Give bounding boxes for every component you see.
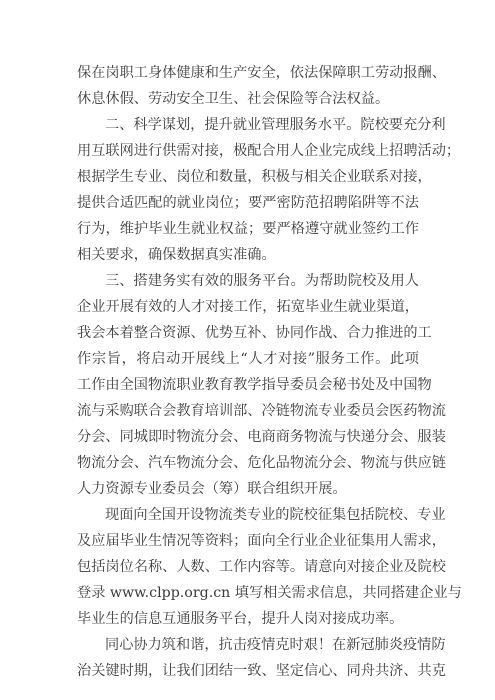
text-line: 分会、同城即时物流分会、电商商务物流与快递分会、服装 [77,424,419,450]
document-body: 保在岗职工身体健康和生产安全，依法保障职工劳动报酬、休息休假、劳动安全卫生、社会… [77,60,419,684]
text-line: 休息休假、劳动安全卫生、社会保险等合法权益。 [77,86,419,112]
text-line: 根据学生专业、岗位和数量，积极与相关企业联系对接， [77,164,419,190]
text-line: 流与采购联合会教育培训部、冷链物流专业委员会医药物流 [77,398,419,424]
text-line: 行为，维护毕业生就业权益；要严格遵守就业签约工作 [77,216,419,242]
text-line: 用互联网进行供需对接，极配合用人企业完成线上招聘活动； [77,138,419,164]
text-line: 包括岗位名称、人数、工作内容等。请意向对接企业及院校 [77,554,419,580]
text-line: 及应届毕业生情况等资料；面向全行业企业征集用人需求， [77,528,419,554]
text-line: 治关键时期，让我们团结一致、坚定信心、同舟共济、共克 [77,658,419,684]
text-line: 企业开展有效的人才对接工作，拓宽毕业生就业渠道， [77,294,419,320]
text-line: 人力资源专业委员会（筹）联合组织开展。 [77,476,419,502]
text-line: 相关要求，确保数据真实准确。 [77,242,419,268]
text-line: 三、搭建务实有效的服务平台。为帮助院校及用人 [77,268,419,294]
text-line: 毕业生的信息互通服务平台，提升人岗对接成功率。 [77,606,419,632]
text-line: 工作由全国物流职业教育教学指导委员会秘书处及中国物 [77,372,419,398]
text-line: 作宗旨，将启动开展线上“人才对接”服务工作。此项 [77,346,419,372]
text-line: 保在岗职工身体健康和生产安全，依法保障职工劳动报酬、 [77,60,419,86]
text-line: 物流分会、汽车物流分会、危化品物流分会、物流与供应链 [77,450,419,476]
text-line: 二、科学谋划，提升就业管理服务水平。院校要充分利 [77,112,419,138]
text-line: 登录 www.clpp.org.cn 填写相关需求信息，共同搭建企业与 [77,580,419,606]
text-line: 现面向全国开设物流类专业的院校征集包括院校、专业 [77,502,419,528]
text-line: 我会本着整合资源、优势互补、协同作战、合力推进的工 [77,320,419,346]
text-line: 提供合适匹配的就业岗位；要严密防范招聘陷阱等不法 [77,190,419,216]
text-line: 同心协力筑和谐，抗击疫情克时艰！在新冠肺炎疫情防 [77,632,419,658]
document-page: 保在岗职工身体健康和生产安全，依法保障职工劳动报酬、休息休假、劳动安全卫生、社会… [0,0,495,700]
